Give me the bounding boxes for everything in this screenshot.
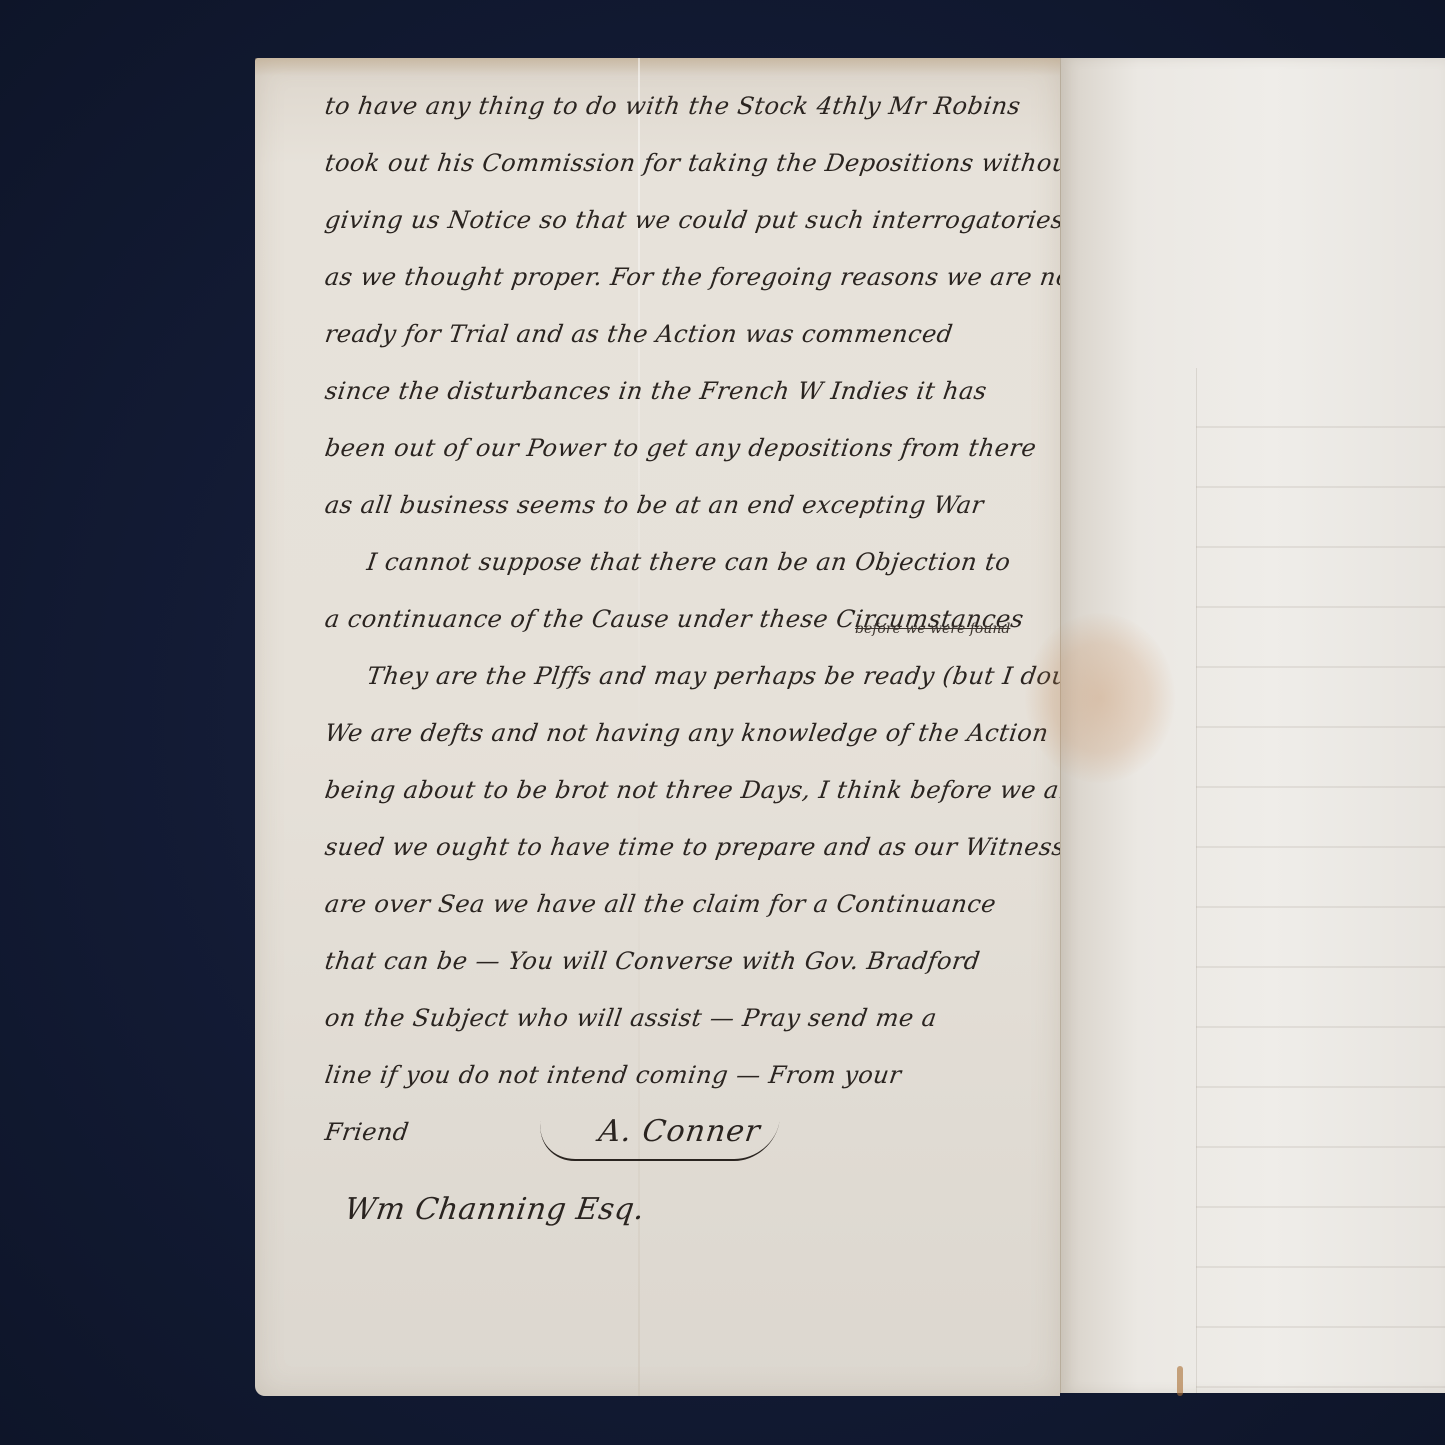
faint-ruling: [1196, 368, 1445, 1393]
letter-line-1: to have any thing to do with the Stock 4…: [321, 78, 1099, 135]
letter-line-14: sued we ought to have time to prepare an…: [321, 819, 1099, 876]
letter-line-5: ready for Trial and as the Action was co…: [321, 306, 1099, 363]
letter-line-2: took out his Commission for taking the D…: [321, 135, 1099, 192]
letter-line-15: are over Sea we have all the claim for a…: [321, 876, 1099, 933]
letter-line-10: a continuance of the Cause under these C…: [321, 591, 1099, 648]
letter-page-front: to have any thing to do with the Stock 4…: [255, 58, 1060, 1396]
handwritten-letter: to have any thing to do with the Stock 4…: [325, 78, 1095, 1238]
letter-line-11: They are the Plffs and may perhaps be re…: [321, 648, 1099, 705]
letter-sheet: to have any thing to do with the Stock 4…: [255, 58, 1445, 1398]
faint-margin-line: [1196, 368, 1197, 1393]
water-stain: [1025, 613, 1175, 783]
letter-line-18: line if you do not intend coming — From …: [321, 1047, 1099, 1104]
letter-line-9: I cannot suppose that there can be an Ob…: [321, 534, 1099, 591]
letter-line-8: as all business seems to be at an end ex…: [321, 477, 1099, 534]
closing-row: Friend A. Conner: [321, 1104, 1099, 1161]
letter-line-12: We are defts and not having any knowledg…: [321, 705, 1099, 762]
letter-line-13: being about to be brot not three Days, I…: [321, 762, 1099, 819]
letter-line-3: giving us Notice so that we could put su…: [321, 192, 1099, 249]
addressee: Wm Channing Esq.: [321, 1181, 1099, 1238]
letter-line-4: as we thought proper. For the foregoing …: [321, 249, 1099, 306]
interlinear-insert: before we were found: [855, 621, 1010, 637]
letter-line-6: since the disturbances in the French W I…: [321, 363, 1099, 420]
signature: A. Conner: [535, 1112, 781, 1161]
letter-line-16: that can be — You will Converse with Gov…: [321, 933, 1099, 990]
letter-line-17: on the Subject who will assist — Pray se…: [321, 990, 1099, 1047]
closing-word: Friend: [321, 1104, 413, 1161]
rust-stain: [1177, 1366, 1183, 1396]
letter-line-7: been out of our Power to get any deposit…: [321, 420, 1099, 477]
